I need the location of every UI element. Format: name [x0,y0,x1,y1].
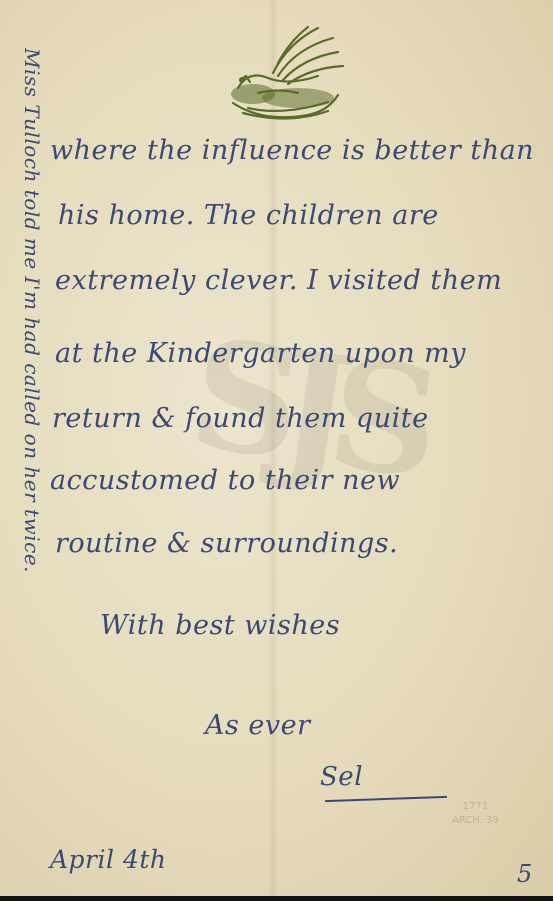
body-line: accustomed to their new [50,465,400,496]
body-line: routine & surroundings. [55,528,398,559]
body-line: extremely clever. I visited them [55,265,502,296]
margin-note: Miss Tulloch told me I'm had called on h… [20,48,44,848]
body-line: his home. The children are [58,200,439,231]
body-line: at the Kindergarten upon my [55,338,466,369]
body-line: where the influence is better than [50,135,534,166]
bottom-border [0,896,553,901]
signature-underline [325,796,447,802]
letter-page: SJS where the influence is better than h… [0,0,553,896]
stamp-line: ARCH. 39 [452,814,499,828]
dove-icon [218,18,348,130]
signature: Sel [320,762,363,792]
date: April 4th [50,845,167,874]
stamp-line: 1771 [452,800,499,814]
body-line: return & found them quite [52,403,429,434]
closing: With best wishes [100,610,340,641]
page-number: 5 [517,860,532,888]
valediction: As ever [205,710,311,741]
archive-stamp: 1771 ARCH. 39 [452,800,499,828]
